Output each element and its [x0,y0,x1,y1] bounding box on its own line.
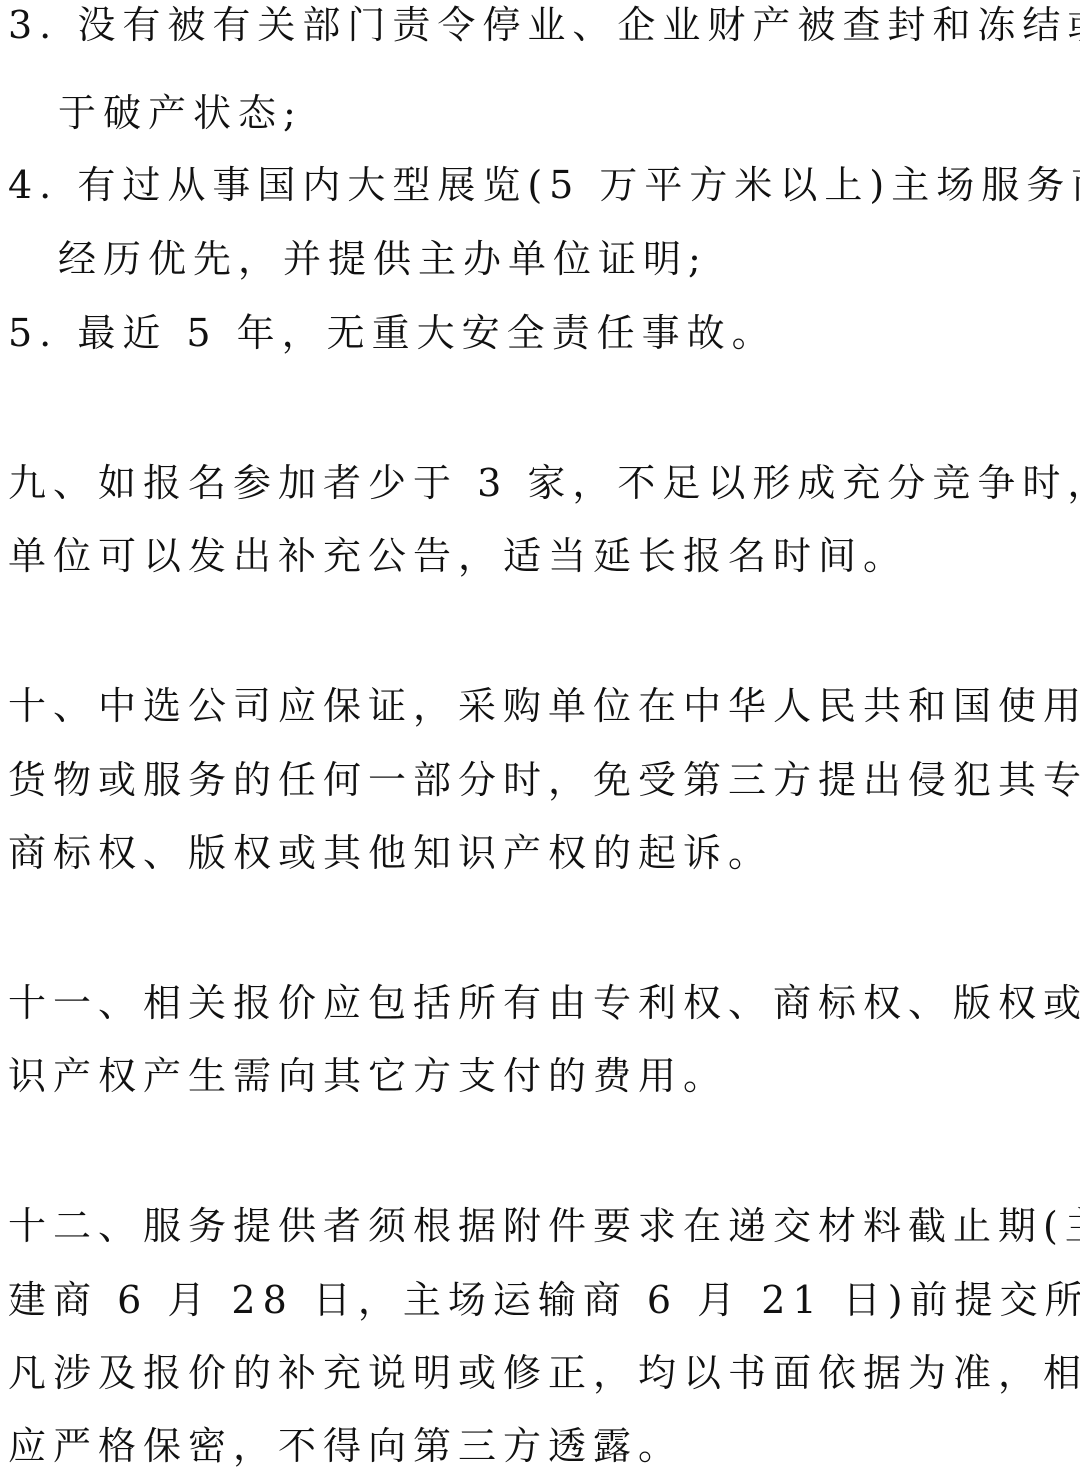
text-line: 5. 最近 5 年，无重大安全责任事故。 [8,310,777,356]
text-line: 十二、服务提供者须根据附件要求在递交材料截止期(主场搭 [8,1203,1080,1249]
text-line: 于破产状态; [58,90,303,136]
text-line: 货物或服务的任何一部分时，免受第三方提出侵犯其专利权、 [8,757,1080,803]
text-line: 九、如报名参加者少于 3 家，不足以形成充分竞争时，采购 [8,460,1080,506]
text-line: 4. 有过从事国内大型展览(5 万平方米以上)主场服务商的 [8,162,1080,208]
text-line: 应严格保密，不得向第三方透露。 [8,1423,683,1469]
text-line: 建商 6 月 28 日，主场运输商 6 月 21 日)前提交所有材料。 [8,1277,1080,1323]
text-line: 经历优先，并提供主办单位证明; [58,236,708,282]
text-line: 3. 没有被有关部门责令停业、企业财产被查封和冻结或者处 [8,2,1080,48]
text-line: 十一、相关报价应包括所有由专利权、商标权、版权或其他知 [8,980,1080,1026]
text-line: 单位可以发出补充公告，适当延长报名时间。 [8,533,908,579]
text-line: 识产权产生需向其它方支付的费用。 [8,1053,728,1099]
text-line: 商标权、版权或其他知识产权的起诉。 [8,830,773,876]
text-line: 凡涉及报价的补充说明或修正，均以书面依据为准，相关信息 [8,1350,1080,1396]
text-line: 十、中选公司应保证，采购单位在中华人民共和国使用其提供 [8,683,1080,729]
